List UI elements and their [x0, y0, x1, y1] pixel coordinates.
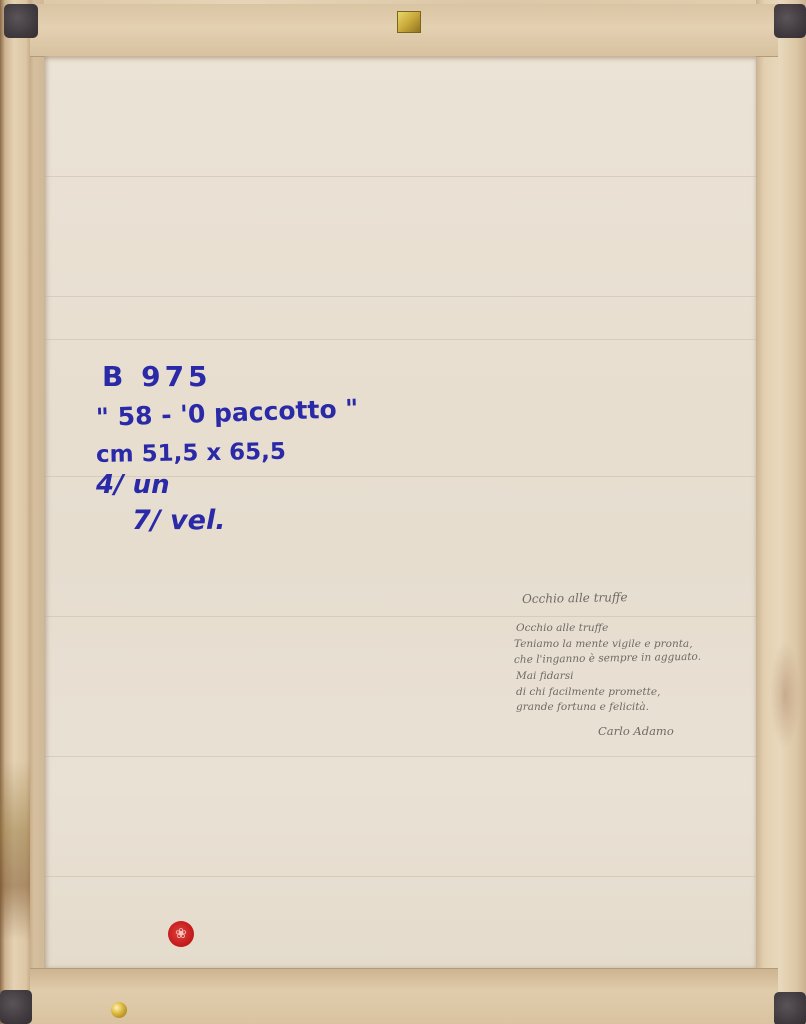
- sawtooth-hanger-icon: [397, 11, 421, 33]
- wood-grain: [44, 876, 756, 877]
- ink-note: 4/ un: [96, 470, 170, 500]
- poem-title: Occhio alle truffe: [522, 590, 628, 606]
- felt-pad-icon: [774, 992, 806, 1024]
- artwork-dimensions: cm 51,5 x 65,5: [96, 439, 286, 468]
- frame-bottom-rail: [30, 968, 778, 1024]
- poem-line: Teniamo la mente vigile e pronta,: [514, 638, 693, 650]
- frame-right-rail: [756, 0, 806, 1024]
- felt-pad-icon: [774, 4, 806, 38]
- wood-grain: [44, 176, 756, 177]
- poem-line: Mai fidarsi: [516, 670, 573, 682]
- wood-grain: [44, 616, 756, 617]
- artist-signature: Carlo Adamo: [598, 724, 674, 738]
- felt-pad-icon: [0, 990, 32, 1024]
- poem-line: Occhio alle truffe: [516, 622, 608, 634]
- wood-grain: [44, 339, 756, 340]
- picture-frame: B 975 " 58 - '0 paccotto " cm 51,5 x 65,…: [0, 0, 806, 1024]
- wood-grain: [44, 296, 756, 297]
- wax-seal-icon: ❀: [168, 921, 194, 947]
- felt-pad-icon: [4, 4, 38, 38]
- wood-stain: [0, 760, 30, 940]
- ink-note: 7/ vel.: [132, 505, 225, 536]
- seal-glyph: ❀: [175, 927, 187, 941]
- wood-stain: [770, 640, 800, 750]
- poem-line: di chi facilmente promette,: [516, 686, 660, 698]
- inventory-number: B 975: [102, 360, 212, 393]
- wood-grain: [44, 756, 756, 757]
- poem-line: grande fortuna e felicità.: [516, 701, 649, 713]
- brass-nail-icon: [111, 1002, 127, 1018]
